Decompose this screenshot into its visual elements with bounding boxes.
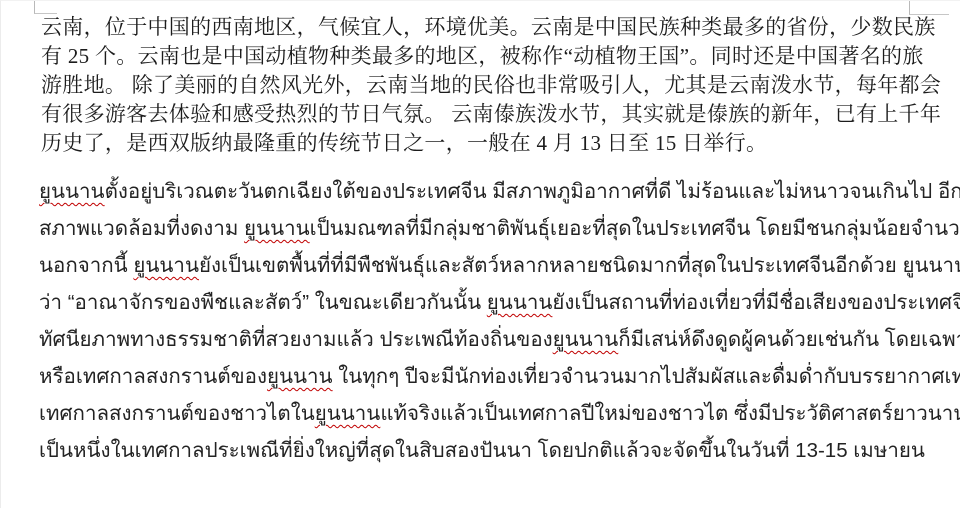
thai-text-segment: ยังเป็นสถานที่ท่องเที่ยวที่มีชื่อเสียงขอ…: [552, 291, 960, 314]
thai-text-segment: ยังเป็นเขตพื้นที่ที่มีพืชพันธุ์และสัตว์ห…: [199, 254, 960, 277]
thai-text-line: หรือเทศกาลสงกรานต์ของยูนนาน ในทุกๆ ปีจะม…: [39, 358, 944, 395]
thai-text-line: ยูนนานตั้งอยู่บริเวณตะวันตกเฉียงใต้ของปร…: [39, 173, 944, 210]
thai-text-segment: หรือเทศกาลสงกรานต์ของ: [39, 365, 267, 388]
thai-text-segment: ตั้งอยู่บริเวณตะวันตกเฉียงใต้ของประเทศจี…: [105, 180, 960, 203]
chinese-text-line: 游胜地。 除了美丽的自然风光外，云南当地的民俗也非常吸引人，尤其是云南泼水节，每…: [41, 71, 946, 100]
misspelled-word: ยูนนาน: [315, 402, 381, 425]
thai-text-segment: แท้จริงแล้วเป็นเทศกาลปีใหม่ของชาวไต ซึ่ง…: [380, 402, 960, 425]
misspelled-word: ยูนนาน: [267, 365, 333, 388]
thai-text-segment: ในทุกๆ ปีจะมีนักท่องเที่ยวจำนวนมากไปสัมผ…: [333, 365, 960, 388]
thai-paragraph[interactable]: ยูนนานตั้งอยู่บริเวณตะวันตกเฉียงใต้ของปร…: [39, 173, 944, 469]
thai-text-segment: ก็มีเสน่ห์ดึงดูดผู้คนด้วยเช่นกัน โดยเฉพา…: [618, 328, 960, 351]
chinese-text-line: 云南，位于中国的西南地区，气候宜人，环境优美。云南是中国民族种类最多的省份，少数…: [41, 13, 946, 42]
thai-text-segment: ทัศนียภาพทางธรรมชาติที่สวยงามแล้ว ประเพณ…: [39, 328, 553, 351]
chinese-paragraph[interactable]: 云南，位于中国的西南地区，气候宜人，环境优美。云南是中国民族种类最多的省份，少数…: [41, 13, 946, 158]
misspelled-word: ยูนนาน: [133, 254, 199, 277]
thai-text-segment: สภาพแวดล้อมที่งดงาม: [39, 217, 244, 240]
thai-text-line: นอกจากนี้ ยูนนานยังเป็นเขตพื้นที่ที่มีพื…: [39, 247, 944, 284]
chinese-text-line: 有很多游客去体验和感受热烈的节日气氛。 云南傣族泼水节，其实就是傣族的新年，已有…: [41, 100, 946, 129]
misspelled-word: ยูนนาน: [487, 291, 553, 314]
chinese-text-line: 历史了，是西双版纳最隆重的传统节日之一，一般在 4 月 13 日至 15 日举行…: [41, 129, 946, 158]
chinese-text-line: 有 25 个。云南也是中国动植物种类最多的地区，被称作“动植物王国”。同时还是中…: [41, 42, 946, 71]
thai-text-segment: เป็นหนึ่งในเทศกาลประเพณีที่ยิ่งใหญ่ที่สุ…: [39, 439, 925, 462]
thai-text-line: สภาพแวดล้อมที่งดงาม ยูนนานเป็นมณฑลที่มีก…: [39, 210, 944, 247]
misspelled-word: ยูนนาน: [244, 217, 310, 240]
thai-text-line: เทศกาลสงกรานต์ของชาวไตในยูนนานแท้จริงแล้…: [39, 395, 944, 432]
thai-text-line: ทัศนียภาพทางธรรมชาติที่สวยงามแล้ว ประเพณ…: [39, 321, 944, 358]
document-page: 云南，位于中国的西南地区，气候宜人，环境优美。云南是中国民族种类最多的省份，少数…: [0, 0, 960, 508]
thai-text-line: ว่า “อาณาจักรของพืชและสัตว์” ในขณะเดียวก…: [39, 284, 944, 321]
misspelled-word: ยูนนาน: [39, 180, 105, 203]
thai-text-segment: นอกจากนี้: [39, 254, 133, 277]
thai-text-segment: ว่า “อาณาจักรของพืชและสัตว์” ในขณะเดียวก…: [39, 291, 487, 314]
thai-text-segment: เทศกาลสงกรานต์ของชาวไตใน: [39, 402, 315, 425]
thai-text-segment: เป็นมณฑลที่มีกลุ่มชาติพันธุ์เยอะที่สุดใน…: [310, 217, 960, 240]
thai-text-line: เป็นหนึ่งในเทศกาลประเพณีที่ยิ่งใหญ่ที่สุ…: [39, 432, 944, 469]
misspelled-word: ยูนนาน: [553, 328, 619, 351]
